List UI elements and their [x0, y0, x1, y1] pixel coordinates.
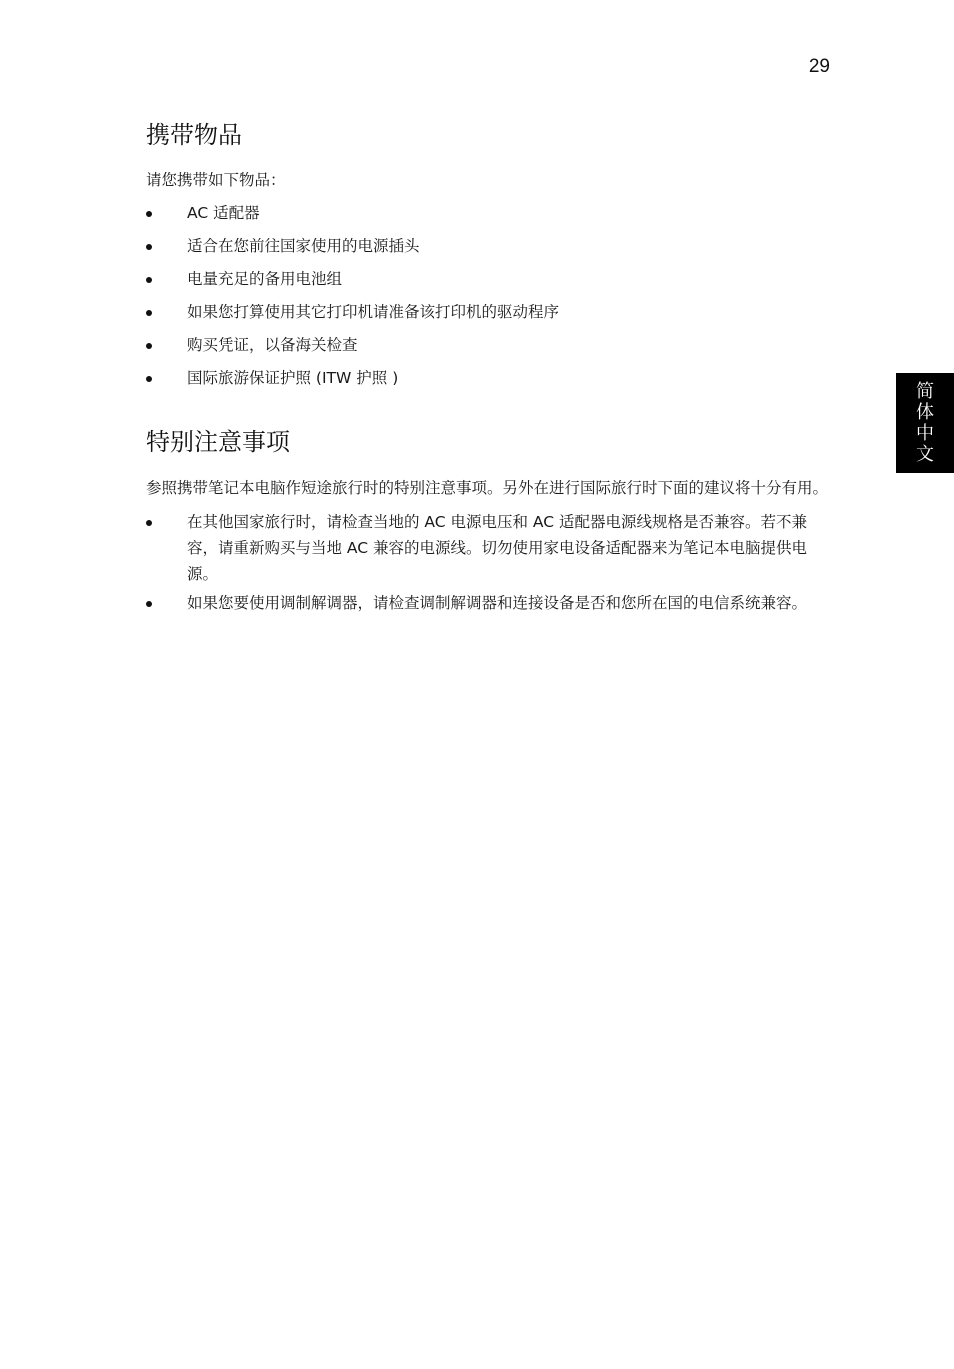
list-item: 购买凭证，以备海关检查 [146, 332, 832, 358]
list-item: 电量充足的备用电池组 [146, 266, 832, 292]
language-tab-char: 文 [916, 444, 934, 465]
list-item-text: AC 适配器 [187, 204, 260, 222]
list-item: 如果您打算使用其它打印机请准备该打印机的驱动程序 [146, 299, 832, 325]
bullet-icon [146, 343, 152, 349]
section-intro: 请您携带如下物品： [146, 167, 832, 193]
list-item: 如果您要使用调制解调器，请检查调制解调器和连接设备是否和您所在国的电信系统兼容。 [146, 590, 832, 616]
section-items-to-carry: 携带物品 请您携带如下物品： AC 适配器 适合在您前往国家使用的电源插头 电量… [146, 120, 832, 398]
language-tab-char: 中 [916, 423, 934, 444]
list-item: 适合在您前往国家使用的电源插头 [146, 233, 832, 259]
bullet-icon [146, 310, 152, 316]
list-item: 国际旅游保证护照 (ITW 护照 ) [146, 365, 832, 391]
list-item-text: 如果您打算使用其它打印机请准备该打印机的驱动程序 [187, 303, 559, 321]
list-item-text: 国际旅游保证护照 (ITW 护照 ) [187, 369, 398, 387]
list-item: 在其他国家旅行时，请检查当地的 AC 电源电压和 AC 适配器电源线规格是否兼容… [146, 509, 832, 587]
bullet-icon [146, 211, 152, 217]
bullet-icon [146, 244, 152, 250]
language-tab-char: 体 [916, 402, 934, 423]
bullet-icon [146, 277, 152, 283]
page-number: 29 [790, 56, 830, 78]
section-title: 特别注意事项 [146, 427, 832, 457]
bullet-list: 在其他国家旅行时，请检查当地的 AC 电源电压和 AC 适配器电源线规格是否兼容… [146, 509, 832, 616]
section-special-notes: 特别注意事项 参照携带笔记本电脑作短途旅行时的特别注意事项。另外在进行国际旅行时… [146, 427, 832, 619]
list-item-text: 适合在您前往国家使用的电源插头 [187, 237, 420, 255]
list-item-text: 在其他国家旅行时，请检查当地的 AC 电源电压和 AC 适配器电源线规格是否兼容… [187, 513, 807, 583]
language-tab-char: 简 [916, 381, 934, 402]
bullet-list: AC 适配器 适合在您前往国家使用的电源插头 电量充足的备用电池组 如果您打算使… [146, 200, 832, 391]
list-item: AC 适配器 [146, 200, 832, 226]
language-tab: 简 体 中 文 [896, 373, 954, 473]
bullet-icon [146, 376, 152, 382]
list-item-text: 购买凭证，以备海关检查 [187, 336, 358, 354]
list-item-text: 电量充足的备用电池组 [187, 270, 342, 288]
list-item-text: 如果您要使用调制解调器，请检查调制解调器和连接设备是否和您所在国的电信系统兼容。 [187, 594, 807, 612]
section-intro: 参照携带笔记本电脑作短途旅行时的特别注意事项。另外在进行国际旅行时下面的建议将十… [146, 475, 832, 501]
bullet-icon [146, 601, 152, 607]
section-title: 携带物品 [146, 120, 832, 150]
bullet-icon [146, 520, 152, 526]
